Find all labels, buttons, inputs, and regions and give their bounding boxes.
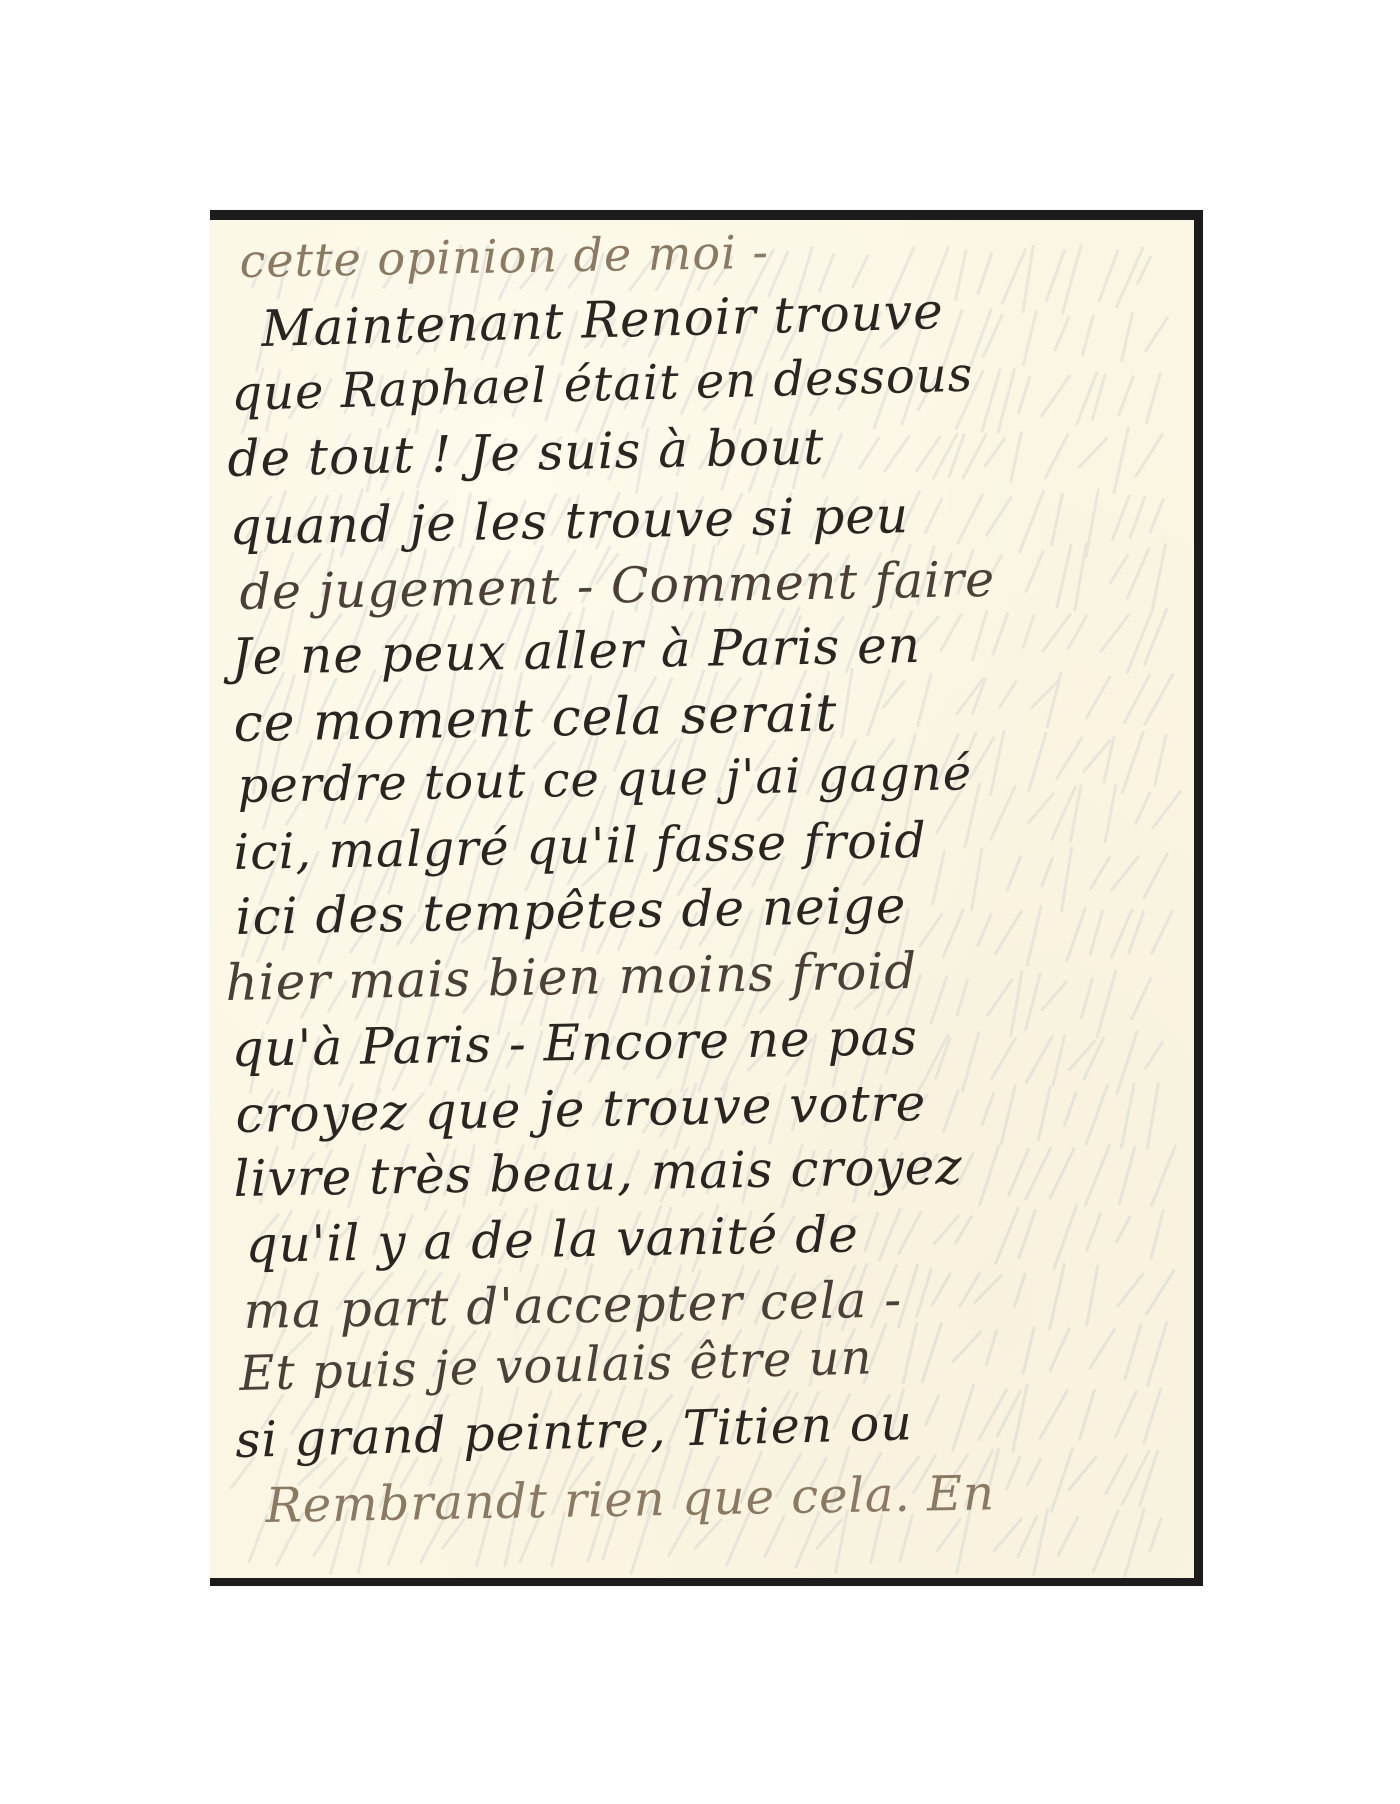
text-line: qu'il y a de la vanité de (245, 1209, 859, 1270)
text-line: Et puis je voulais être un (239, 1333, 873, 1398)
text-line: croyez que je trouve votre (235, 1078, 927, 1140)
text-line: de tout ! Je suis à bout (227, 422, 825, 484)
text-line: ma part d'accepter cela - (243, 1275, 902, 1336)
text-line: ici des tempêtes de neige (235, 880, 907, 942)
text-line: si grand peintre, Titien ou (235, 1398, 914, 1465)
text-line: hier mais bien moins froid (225, 946, 918, 1008)
text-line: Rembrandt rien que cela. En (265, 1469, 995, 1530)
text-line: quand je les trouve si peu (229, 490, 909, 552)
text-line: ici, malgré qu'il fasse froid (233, 816, 927, 877)
text-line: ce moment cela serait (233, 687, 838, 750)
text-line: cette opinion de moi - (239, 229, 769, 284)
handwritten-text: cette opinion de moi - Maintenant Renoir… (210, 220, 1194, 1578)
text-line: qu'à Paris - Encore ne pas (231, 1012, 918, 1074)
text-line: que Raphael était en dessous (231, 351, 974, 418)
text-line: perdre tout ce que j'ai gagné (237, 749, 972, 810)
text-line: Maintenant Renoir trouve (261, 286, 945, 354)
text-line: livre très beau, mais croyez (233, 1141, 963, 1204)
letter-page: cette opinion de moi - Maintenant Renoir… (210, 210, 1203, 1586)
text-line: Je ne peux aller à Paris en (231, 620, 921, 682)
text-line: de jugement - Comment faire (239, 555, 995, 617)
